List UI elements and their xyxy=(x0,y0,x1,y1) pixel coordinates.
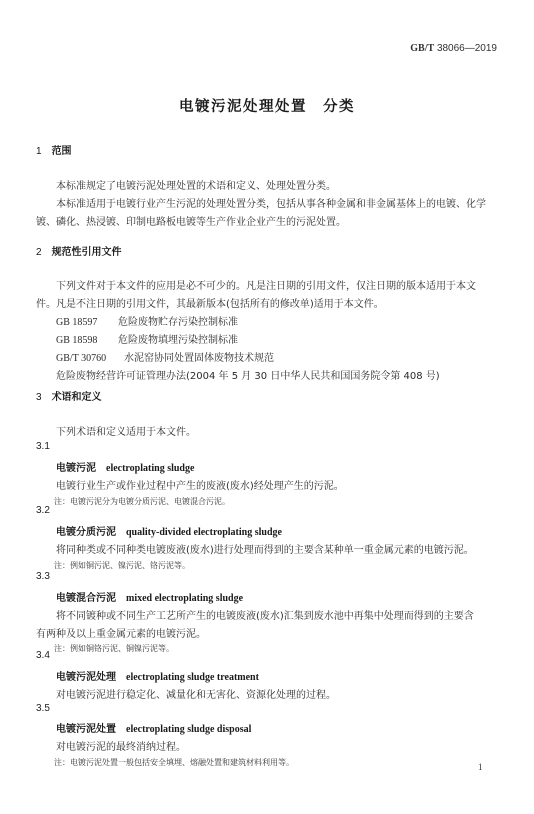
section-1-heading: 1范围 xyxy=(36,142,72,157)
document-number: GB/T 38066—2019 xyxy=(410,43,497,54)
term-definition: 对电镀污泥的最终消纳过程。 xyxy=(56,738,186,753)
term-title: 电镀污泥electroplating sludge xyxy=(56,459,194,474)
page-number: 1 xyxy=(478,762,483,772)
term-title: 电镀分质污泥quality-divided electroplating slu… xyxy=(56,523,282,538)
section-1-paragraph: 本标准适用于电镀行业产生污泥的处理处置分类，包括从事各种金属和非金属基体上的电镀… xyxy=(56,195,486,210)
term-note: 注：例如铜污泥、镍污泥、铬污泥等。 xyxy=(54,560,190,571)
term-title: 电镀污泥处理electroplating sludge treatment xyxy=(56,668,259,683)
term-definition: 电镀行业生产或作业过程中产生的废液(废水)经处理产生的污泥。 xyxy=(56,477,344,492)
term-number: 3.4 xyxy=(36,650,50,661)
term-number: 3.2 xyxy=(36,505,50,516)
term-note: 注：电镀污泥分为电镀分质污泥、电镀混合污泥。 xyxy=(54,496,230,507)
reference-item: GB 18598危险废物填埋污染控制标准 xyxy=(56,331,238,346)
term-number: 3.5 xyxy=(36,703,50,714)
reference-item: GB/T 30760水泥窑协同处置固体废物技术规范 xyxy=(56,349,274,364)
section-3-intro: 下列术语和定义适用于本文件。 xyxy=(56,423,196,438)
page-title: 电镀污泥处理处置 分类 xyxy=(0,95,534,116)
section-1-paragraph: 镀、磷化、热浸镀、印制电路板电镀等生产作业企业产生的污泥处置。 xyxy=(36,213,346,228)
term-title: 电镀污泥处置electroplating sludge disposal xyxy=(56,720,251,735)
term-note: 注：例如铜铬污泥、铜镍污泥等。 xyxy=(54,643,174,654)
term-definition: 将不同镀种或不同生产工艺所产生的电镀废液(废水)汇集到废水池中再集中处理而得到的… xyxy=(56,607,474,622)
section-3-heading: 3术语和定义 xyxy=(36,388,102,403)
section-2-paragraph: 下列文件对于本文件的应用是必不可少的。凡是注日期的引用文件，仅注日期的版本适用于… xyxy=(56,277,476,292)
section-2-heading: 2规范性引用文件 xyxy=(36,243,122,258)
term-definition: 将同种类或不同种类电镀废液(废水)进行处理而得到的主要含某种单一重金属元素的电镀… xyxy=(56,541,474,556)
reference-item: GB 18597危险废物贮存污染控制标准 xyxy=(56,313,238,328)
term-number: 3.3 xyxy=(36,571,50,582)
term-number: 3.1 xyxy=(36,441,50,452)
term-definition: 对电镀污泥进行稳定化、减量化和无害化、资源化处理的过程。 xyxy=(56,686,336,701)
term-definition: 有两种及以上重金属元素的电镀污泥。 xyxy=(36,625,206,640)
term-note: 注：电镀污泥处置一般包括安全填埋、熔融处置和建筑材料利用等。 xyxy=(54,757,294,768)
term-title: 电镀混合污泥mixed electroplating sludge xyxy=(56,589,243,604)
section-2-paragraph: 件。凡是不注日期的引用文件，其最新版本(包括所有的修改单)适用于本文件。 xyxy=(36,295,384,310)
section-1-paragraph: 本标准规定了电镀污泥处理处置的术语和定义、处理处置分类。 xyxy=(56,177,336,192)
reference-regulation: 危险废物经营许可证管理办法(2004 年 5 月 30 日中华人民共和国国务院令… xyxy=(56,367,440,382)
